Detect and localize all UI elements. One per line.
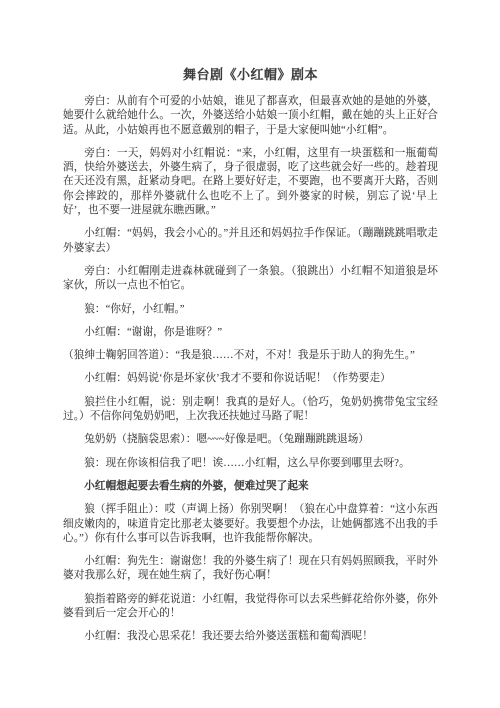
line-wolf-claims-dog: （狼绅士鞠躬回答道）：“我是狼……不对，不对！我是乐于助人的狗先生。” [63, 349, 438, 363]
document-title: 舞台剧《小红帽》剧本 [63, 64, 438, 83]
line-rabbit-grandma: 兔奶奶（挠脑袋思索）：嗯~~~好像是吧。（兔蹦蹦跳跳退场） [63, 433, 438, 447]
line-wolf-greeting: 狼：“你好，小红帽。” [63, 303, 438, 317]
narrator-meets-wolf-paragraph: 旁白：小红帽刚走进森林就碰到了一条狼。（狼跳出）小红帽不知道狼是坏家伙，所以一点… [63, 265, 438, 294]
narrator-mother-instructions-paragraph: 旁白：一天，妈妈对小红帽说：“来，小红帽，这里有一块蛋糕和一瓶葡萄酒，快给外婆送… [63, 147, 438, 218]
narration-xiaohongmao-cries: 小红帽想起要去看生病的外婆，便难过哭了起来 [63, 480, 438, 494]
line-wolf-where-going: 狼：现在你该相信我了吧！诶……小红帽，这么早你要到哪里去呀?。 [63, 457, 438, 471]
document-page: 舞台剧《小红帽》剧本 旁白：从前有个可爱的小姑娘，谁见了都喜欢，但最喜欢她的是她… [0, 0, 500, 708]
line-xiaohongmao-no-flowers: 小红帽：我没心思采花！我还要去给外婆送蛋糕和葡萄酒呢！ [63, 630, 438, 644]
line-xiaohongmao-refuses: 小红帽：妈妈说‘你是坏家伙’我才不要和你说话呢！（作势要走） [63, 372, 438, 386]
line-wolf-blocks-way: 狼拦住小红帽，说：别走啊！我真的是好人。（恰巧，兔奶奶携带兔宝宝经过。）不信你问… [63, 396, 438, 425]
line-wolf-scheme: 狼（挥手阻止）：哎（声调上扬）你别哭啊！（狼在心中盘算着：“这小东西细皮嫩肉的，… [63, 503, 438, 546]
line-wolf-suggests-flowers: 狼指着路旁的鲜花说道：小红帽，我觉得你可以去采些鲜花给你外婆，你外婆看到后一定会… [63, 593, 438, 622]
line-xiaohongmao-promise: 小红帽：“妈妈，我会小心的。”并且还和妈妈拉手作保证。（蹦蹦跳跳唱歌走外婆家去） [63, 227, 438, 256]
line-xiaohongmao-grandma-sick: 小红帽：狗先生：谢谢您！我的外婆生病了！现在只有妈妈照顾我，平时外婆对我那么好，… [63, 555, 438, 584]
narrator-intro-paragraph: 旁白：从前有个可爱的小姑娘，谁见了都喜欢，但最喜欢她的是她的外婆，她要什么就给她… [63, 95, 438, 138]
line-xiaohongmao-who-are-you: 小红帽：“谢谢，你是谁呀？” [63, 326, 438, 340]
